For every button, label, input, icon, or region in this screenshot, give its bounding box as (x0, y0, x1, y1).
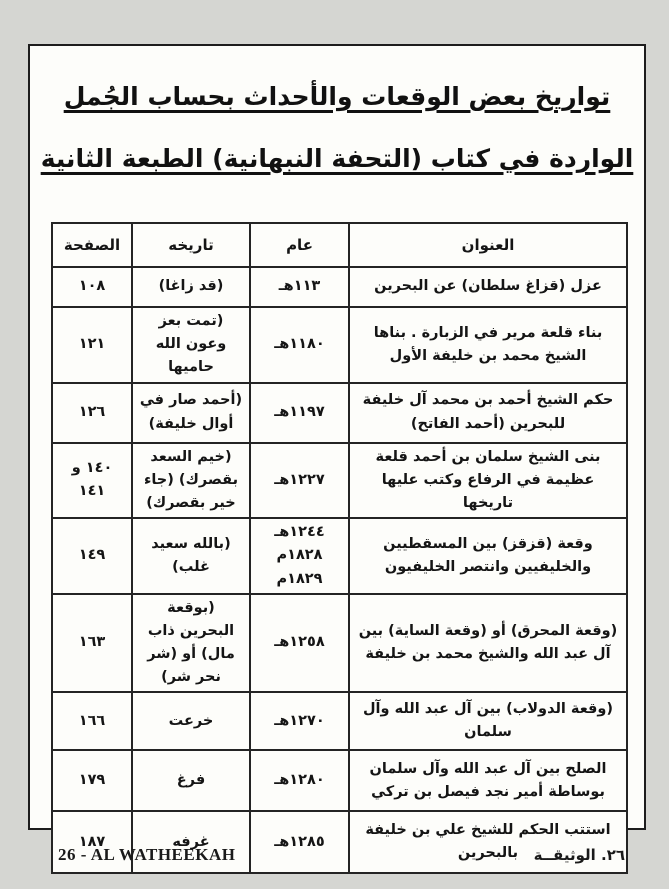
cell-title: (وقعة الدولاب) بين آل عبد الله وآل سلمان (349, 692, 627, 750)
table-row: (وقعة المحرق) أو (وقعة الساية) بين آل عب… (52, 594, 627, 693)
cell-year: ١٢٤٤هـ ١٨٢٨م ١٨٢٩م (250, 518, 349, 594)
col-header-title: العنوان (349, 223, 627, 267)
cell-title: عزل (قزاغ سلطان) عن البحرين (349, 267, 627, 307)
cell-page: ١٢٦ (52, 383, 132, 443)
events-table-wrapper: العنوان عام تاريخه الصفحة عزل (قزاغ سلطا… (51, 222, 628, 874)
cell-year: ١٢٢٧هـ (250, 443, 349, 519)
cell-date: (تمت بعز وعون الله حاميها (132, 307, 250, 383)
footer-journal-name-arabic: ٢٦. الوثيقــة (534, 846, 625, 864)
table-row: (وقعة الدولاب) بين آل عبد الله وآل سلمان… (52, 692, 627, 750)
table-row: بنى الشيخ سلمان بن أحمد قلعة عظيمة في ال… (52, 443, 627, 519)
table-row: حكم الشيخ أحمد بن محمد آل خليفة للبحرين … (52, 383, 627, 443)
title-line-2: الواردة في كتاب (التحفة النبهانية) الطبع… (30, 128, 644, 190)
document-title: تواريخ بعض الوقعات والأحداث بحساب الجُمل… (30, 66, 644, 190)
header-row: العنوان عام تاريخه الصفحة (52, 223, 627, 267)
cell-date: (خيم السعد بقصرك) (جاء خير بقصرك) (132, 443, 250, 519)
cell-date: فرغ (132, 750, 250, 811)
title-line-1: تواريخ بعض الوقعات والأحداث بحساب الجُمل (30, 66, 644, 128)
cell-year: ١٢٨٠هـ (250, 750, 349, 811)
cell-date: (قد زاغا) (132, 267, 250, 307)
cell-date: خرعت (132, 692, 250, 750)
cell-year: ١١٩٧هـ (250, 383, 349, 443)
page-sheet: تواريخ بعض الوقعات والأحداث بحساب الجُمل… (28, 44, 646, 830)
cell-year: ١١٨٠هـ (250, 307, 349, 383)
cell-title: حكم الشيخ أحمد بن محمد آل خليفة للبحرين … (349, 383, 627, 443)
cell-title: الصلح بين آل عبد الله وآل سلمان بوساطة أ… (349, 750, 627, 811)
table-row: بناء قلعة مرير في الزبارة . بناها الشيخ … (52, 307, 627, 383)
cell-year: ١٢٧٠هـ (250, 692, 349, 750)
cell-page: ١٦٣ (52, 594, 132, 693)
cell-title: بنى الشيخ سلمان بن أحمد قلعة عظيمة في ال… (349, 443, 627, 519)
col-header-year: عام (250, 223, 349, 267)
table-row: الصلح بين آل عبد الله وآل سلمان بوساطة أ… (52, 750, 627, 811)
events-table: العنوان عام تاريخه الصفحة عزل (قزاغ سلطا… (51, 222, 628, 874)
cell-page: ١٤٩ (52, 518, 132, 594)
col-header-date: تاريخه (132, 223, 250, 267)
cell-page: ١٠٨ (52, 267, 132, 307)
cell-page: ١٢١ (52, 307, 132, 383)
cell-date: (بوقعة البحرين ذاب مال) أو (شر نحر شر) (132, 594, 250, 693)
col-header-page: الصفحة (52, 223, 132, 267)
footer-journal-name-latin: 26 - AL WATHEEKAH (58, 845, 235, 865)
cell-title: (وقعة المحرق) أو (وقعة الساية) بين آل عب… (349, 594, 627, 693)
table-row: وقعة (قزقز) بين المسقطيين والخليفيين وان… (52, 518, 627, 594)
cell-year: ١٢٨٥هـ (250, 811, 349, 873)
cell-page: ١٤٠ و ١٤١ (52, 443, 132, 519)
cell-title: استتب الحكم للشيخ علي بن خليفة بالبحرين (349, 811, 627, 873)
cell-date: (أحمد صار في أوال خليفة) (132, 383, 250, 443)
cell-date: (بالله سعيد غلب) (132, 518, 250, 594)
cell-page: ١٦٦ (52, 692, 132, 750)
cell-title: بناء قلعة مرير في الزبارة . بناها الشيخ … (349, 307, 627, 383)
table-row: عزل (قزاغ سلطان) عن البحرين١١٣هـ(قد زاغا… (52, 267, 627, 307)
cell-year: ١١٣هـ (250, 267, 349, 307)
cell-title: وقعة (قزقز) بين المسقطيين والخليفيين وان… (349, 518, 627, 594)
cell-year: ١٢٥٨هـ (250, 594, 349, 693)
cell-page: ١٧٩ (52, 750, 132, 811)
